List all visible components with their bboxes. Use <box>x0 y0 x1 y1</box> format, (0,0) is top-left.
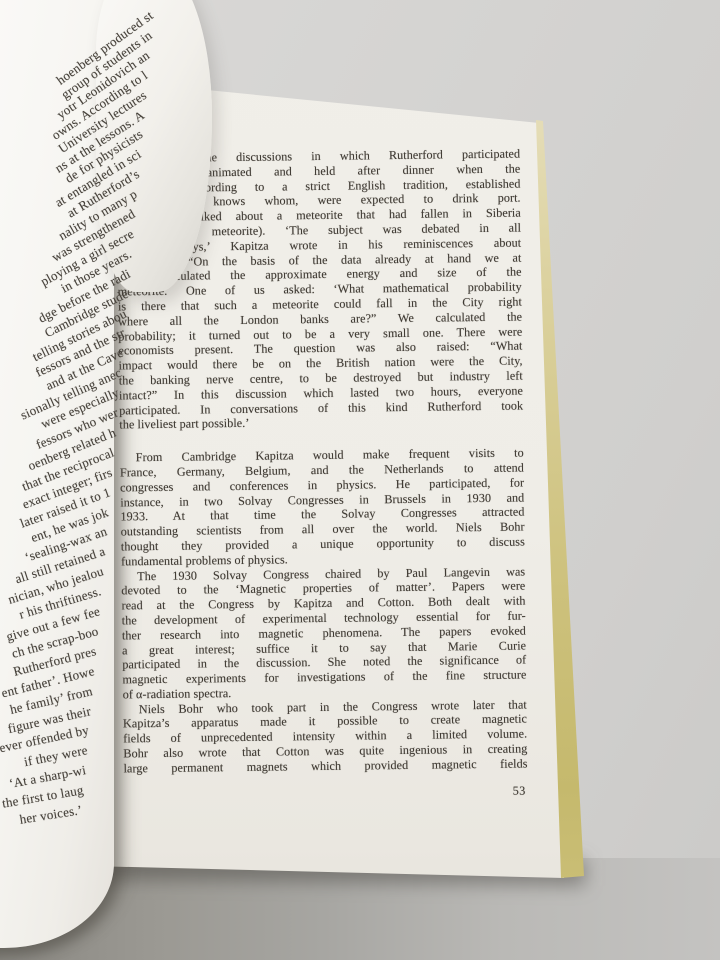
open-book-photo: Generally, the discussions in which Ruth… <box>0 0 720 960</box>
paragraph: From Cambridge Kapitza would make freque… <box>120 446 525 569</box>
paragraph: Niels Bohr who took part in the Congress… <box>123 697 528 776</box>
paragraph: The 1930 Solvay Congress chaired by Paul… <box>121 564 527 702</box>
